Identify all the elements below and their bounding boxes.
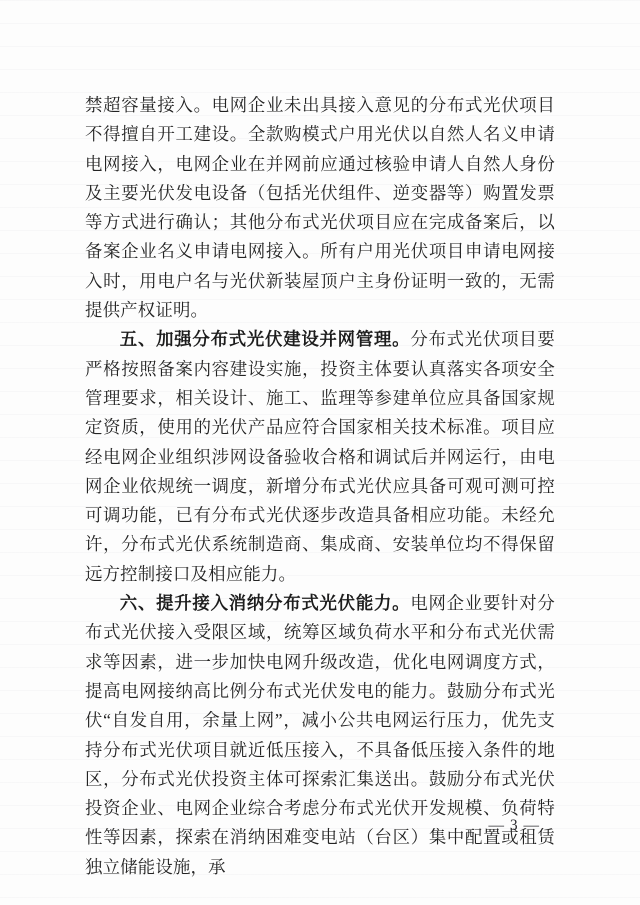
section-heading: 六、提升接入消纳分布式光伏能力。 (120, 593, 411, 613)
section-heading: 五、加强分布式光伏建设并网管理。 (120, 329, 411, 349)
page-number: — 3 — (489, 816, 541, 836)
paragraph-text: 电网企业要针对分布式光伏接入受限区域，统筹区域负荷水平和分布式光伏需求等因素，进… (85, 593, 555, 877)
paragraph-section-6: 六、提升接入消纳分布式光伏能力。电网企业要针对分布式光伏接入受限区域，统筹区域负… (85, 589, 555, 882)
paragraph-text: 分布式光伏项目要严格按照备案内容建设实施，投资主体要认真落实各项安全管理要求，相… (85, 329, 555, 583)
paragraph-text: 禁超容量接入。电网企业未出具接入意见的分布式光伏项目不得擅自开工建设。全款购模式… (85, 95, 555, 320)
paragraph-section-5: 五、加强分布式光伏建设并网管理。分布式光伏项目要严格按照备案内容建设实施，投资主… (85, 325, 555, 589)
paragraph-continued: 禁超容量接入。电网企业未出具接入意见的分布式光伏项目不得擅自开工建设。全款购模式… (85, 91, 555, 325)
document-body: 禁超容量接入。电网企业未出具接入意见的分布式光伏项目不得擅自开工建设。全款购模式… (85, 91, 555, 882)
